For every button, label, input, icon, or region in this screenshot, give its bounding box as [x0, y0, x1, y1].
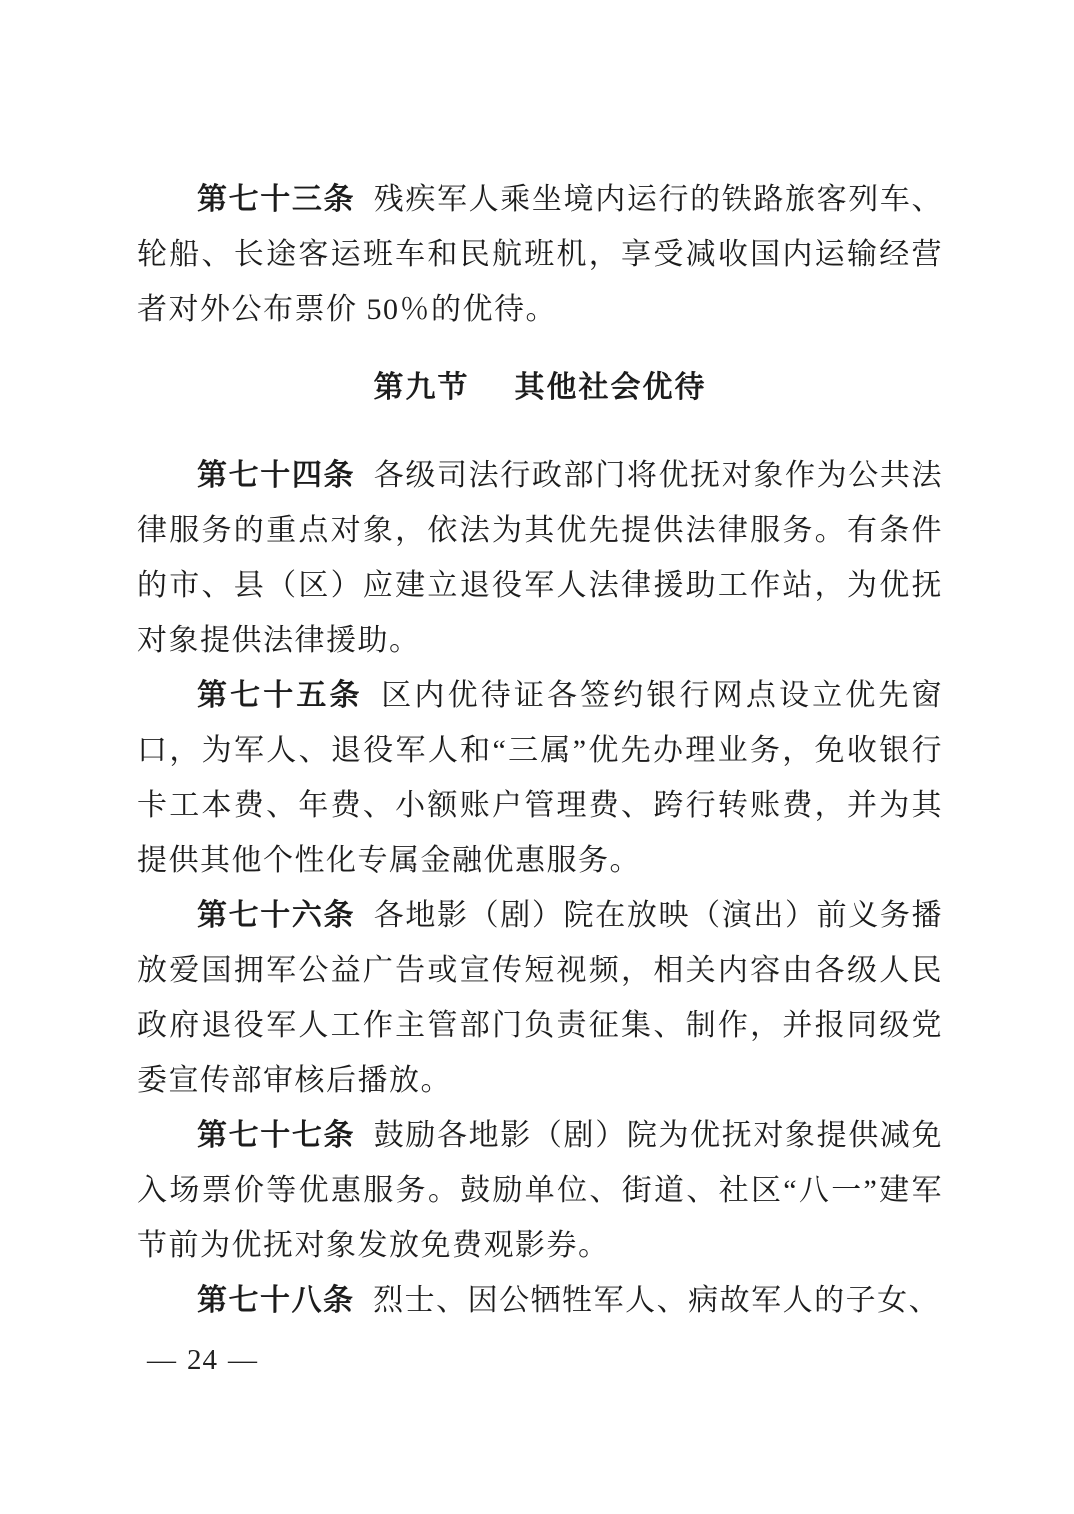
footer-left-dash: — — [147, 1344, 177, 1376]
article-number: 第七十四条 — [197, 459, 374, 492]
footer-page-number: 24 — [187, 1344, 218, 1376]
article-number: 第七十五条 — [197, 679, 381, 712]
page-content: 第七十三条残疾军人乘坐境内运行的铁路旅客列车、轮船、长途客运班车和民航班机，享受… — [137, 172, 943, 1328]
article-number: 第七十七条 — [197, 1119, 374, 1152]
article-paragraph: 第七十七条鼓励各地影（剧）院为优抚对象提供减免入场票价等优惠服务。鼓励单位、街道… — [137, 1108, 943, 1273]
article-number: 第七十六条 — [197, 899, 374, 932]
article-paragraph: 第七十六条各地影（剧）院在放映（演出）前义务播放爱国拥军公益广告或宣传短视频，相… — [137, 888, 943, 1108]
article-paragraph: 第七十五条区内优待证各签约银行网点设立优先窗口，为军人、退役军人和“三属”优先办… — [137, 668, 943, 888]
document-page: 第七十三条残疾军人乘坐境内运行的铁路旅客列车、轮船、长途客运班车和民航班机，享受… — [0, 0, 1074, 1514]
article-paragraph: 第七十四条各级司法行政部门将优抚对象作为公共法律服务的重点对象，依法为其优先提供… — [137, 448, 943, 668]
section-heading-title: 其他社会优待 — [515, 371, 707, 404]
page-number: —24— — [137, 1340, 268, 1380]
section-heading: 第九节其他社会优待 — [137, 360, 943, 415]
article-paragraph: 第七十八条烈士、因公牺牲军人、病故军人的子女、 — [137, 1273, 943, 1328]
article-text: 烈士、因公牺牲军人、病故军人的子女、 — [373, 1284, 940, 1317]
article-number: 第七十八条 — [197, 1284, 373, 1317]
article-number: 第七十三条 — [197, 183, 374, 216]
footer-right-dash: — — [228, 1344, 258, 1376]
section-heading-label: 第九节 — [374, 371, 470, 404]
article-paragraph: 第七十三条残疾军人乘坐境内运行的铁路旅客列车、轮船、长途客运班车和民航班机，享受… — [137, 172, 943, 337]
